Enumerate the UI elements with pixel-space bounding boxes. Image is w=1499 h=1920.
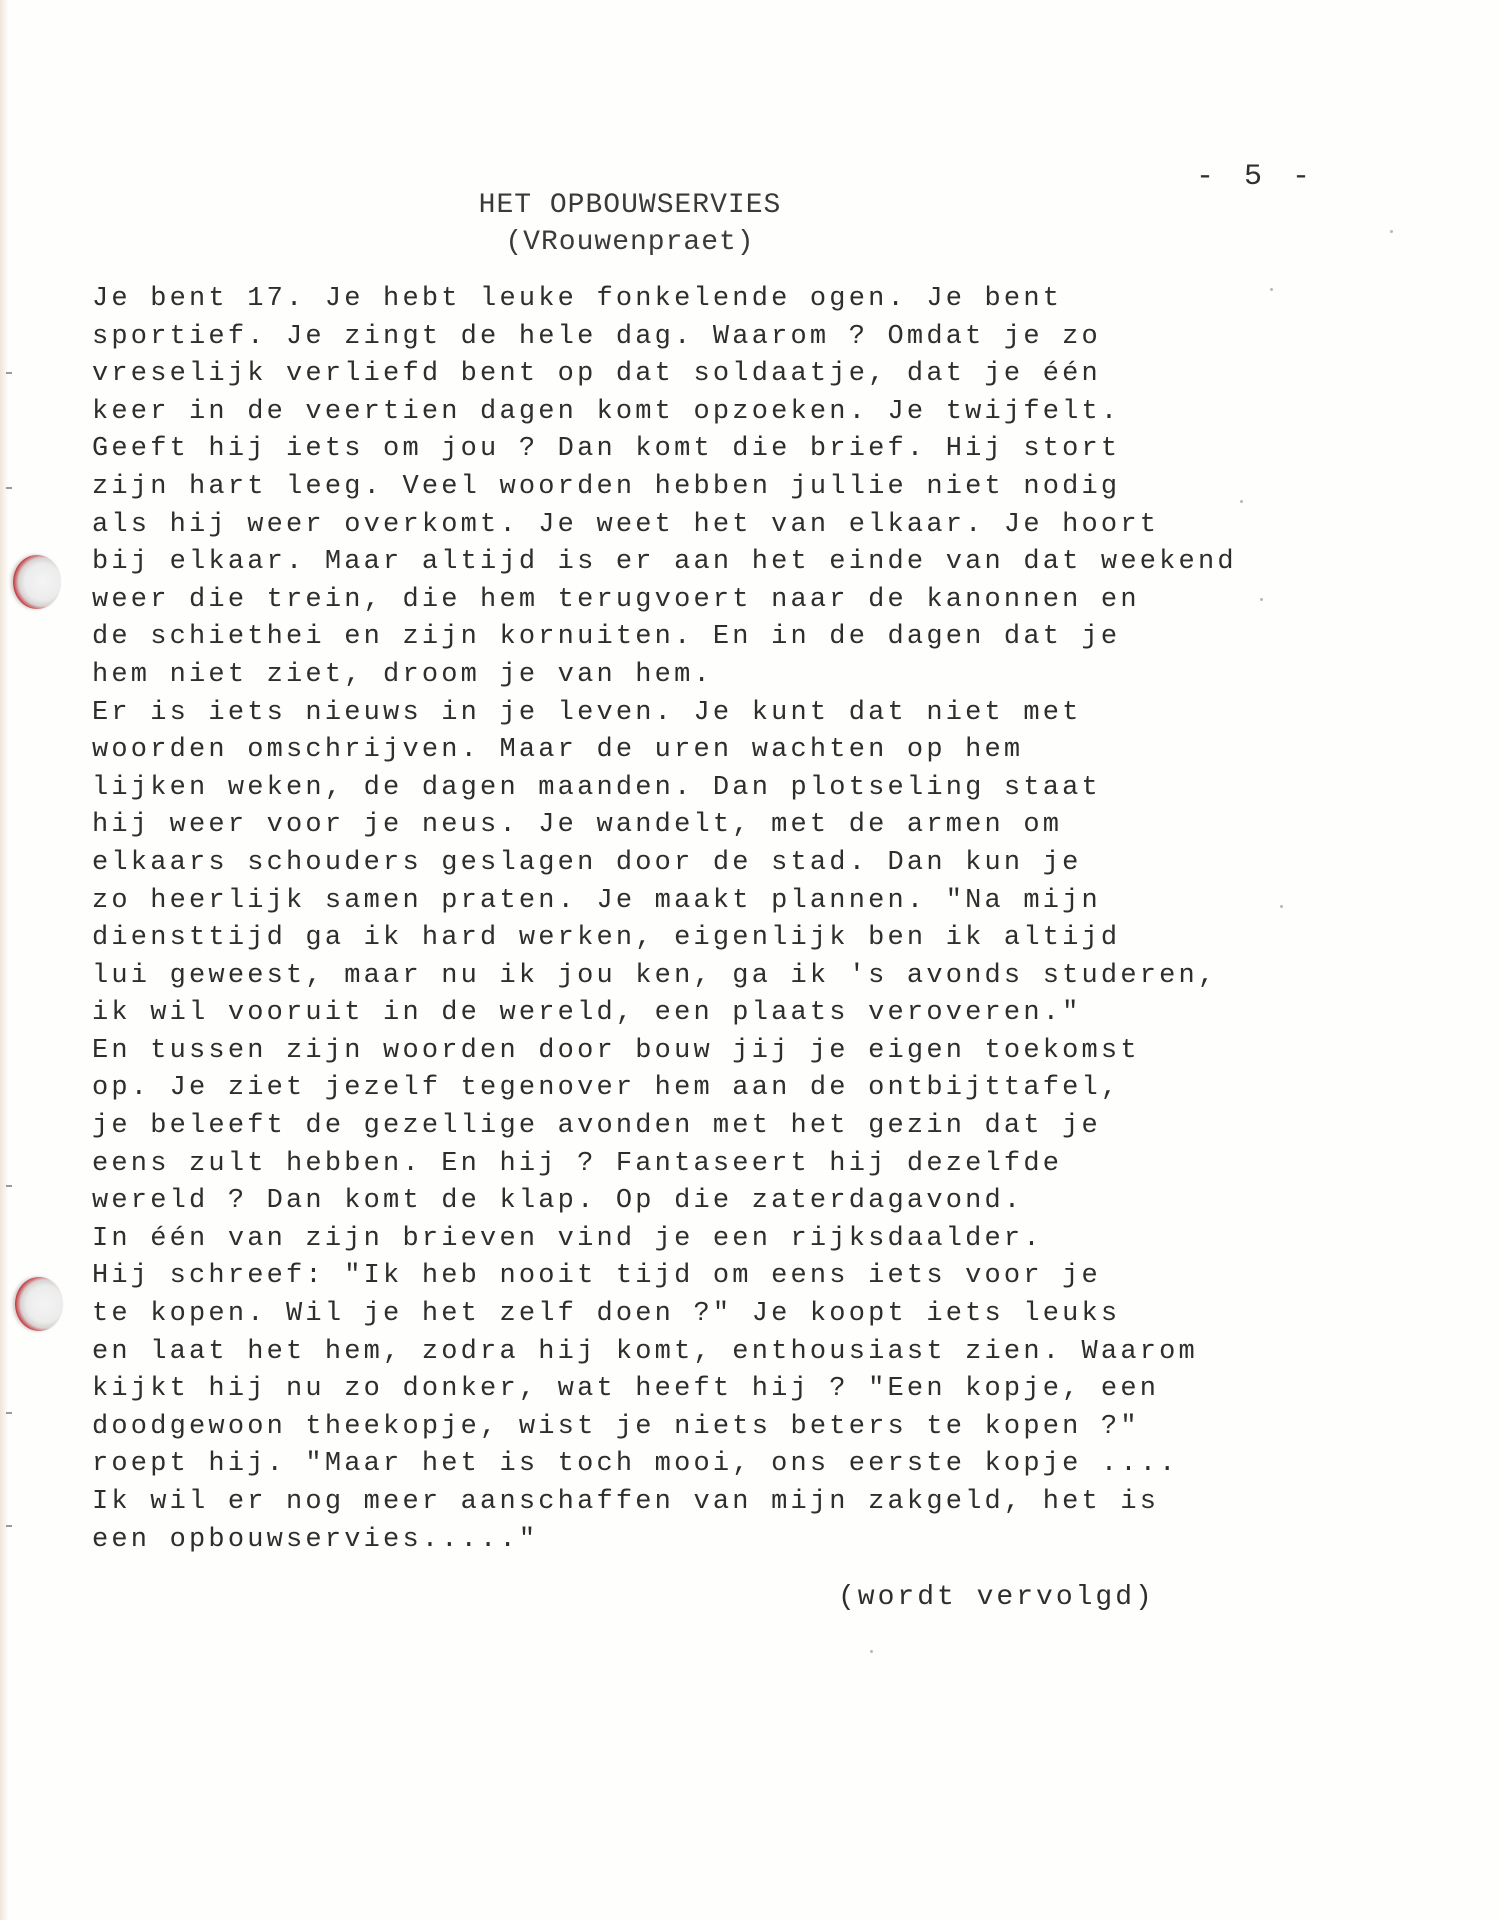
text-line: lui geweest, maar nu ik jou ken, ga ik '… [92,958,1237,996]
article-title: HET OPBOUWSERVIES [0,190,1260,221]
punch-hole-bottom [15,1277,63,1331]
text-line: bij elkaar. Maar altijd is er aan het ei… [92,544,1237,582]
margin-mark [6,372,12,374]
text-line: diensttijd ga ik hard werken, eigenlijk … [92,920,1237,958]
text-line: In één van zijn brieven vind je een rijk… [92,1221,1237,1259]
text-line: ik wil vooruit in de wereld, een plaats … [92,995,1237,1033]
paper-speck [1280,905,1283,908]
paper-speck [1260,598,1263,601]
text-line: Ik wil er nog meer aanschaffen van mijn … [92,1484,1237,1522]
article-subtitle: (VRouwenpraet) [0,227,1260,258]
paper-left-edge [0,0,8,1920]
text-line: woorden omschrijven. Maar de uren wachte… [92,732,1237,770]
text-line: te kopen. Wil je het zelf doen ?" Je koo… [92,1296,1237,1334]
text-line: En tussen zijn woorden door bouw jij je … [92,1033,1237,1071]
text-line: kijkt hij nu zo donker, wat heeft hij ? … [92,1371,1237,1409]
text-line: sportief. Je zingt de hele dag. Waarom ?… [92,319,1237,357]
paper-speck [870,1650,873,1653]
text-line: weer die trein, die hem terugvoert naar … [92,582,1237,620]
paper-speck [1240,500,1243,503]
text-line: zo heerlijk samen praten. Je maakt plann… [92,883,1237,921]
punch-hole-top [13,555,61,609]
page-number: - 5 - [1196,160,1316,194]
text-line: Hij schreef: "Ik heb nooit tijd om eens … [92,1258,1237,1296]
text-line: als hij weer overkomt. Je weet het van e… [92,507,1237,545]
text-line: Er is iets nieuws in je leven. Je kunt d… [92,695,1237,733]
text-line: en laat het hem, zodra hij komt, enthous… [92,1334,1237,1372]
text-line: Je bent 17. Je hebt leuke fonkelende oge… [92,281,1237,319]
text-line: een opbouwservies....." [92,1522,1237,1560]
text-line: zijn hart leeg. Veel woorden hebben jull… [92,469,1237,507]
margin-mark [6,487,12,489]
text-line: op. Je ziet jezelf tegenover hem aan de … [92,1070,1237,1108]
text-line: doodgewoon theekopje, wist je niets bete… [92,1409,1237,1447]
text-line: de schiethei en zijn kornuiten. En in de… [92,619,1237,657]
text-line: roept hij. "Maar het is toch mooi, ons e… [92,1446,1237,1484]
text-line: vreselijk verliefd bent op dat soldaatje… [92,356,1237,394]
text-line: Geeft hij iets om jou ? Dan komt die bri… [92,431,1237,469]
text-line: wereld ? Dan komt de klap. Op die zaterd… [92,1183,1237,1221]
margin-mark [6,1185,12,1187]
text-line: hij weer voor je neus. Je wandelt, met d… [92,807,1237,845]
article-body: Je bent 17. Je hebt leuke fonkelende oge… [92,281,1237,1559]
text-line: eens zult hebben. En hij ? Fantaseert hi… [92,1146,1237,1184]
text-line: lijken weken, de dagen maanden. Dan plot… [92,770,1237,808]
paper-speck [1390,230,1393,233]
text-line: elkaars schouders geslagen door de stad.… [92,845,1237,883]
margin-mark [6,1525,12,1527]
paper-speck [1270,288,1273,291]
continued-note: (wordt vervolgd) [838,1582,1155,1613]
text-line: keer in de veertien dagen komt opzoeken.… [92,394,1237,432]
margin-mark [6,1412,12,1414]
text-line: hem niet ziet, droom je van hem. [92,657,1237,695]
text-line: je beleeft de gezellige avonden met het … [92,1108,1237,1146]
